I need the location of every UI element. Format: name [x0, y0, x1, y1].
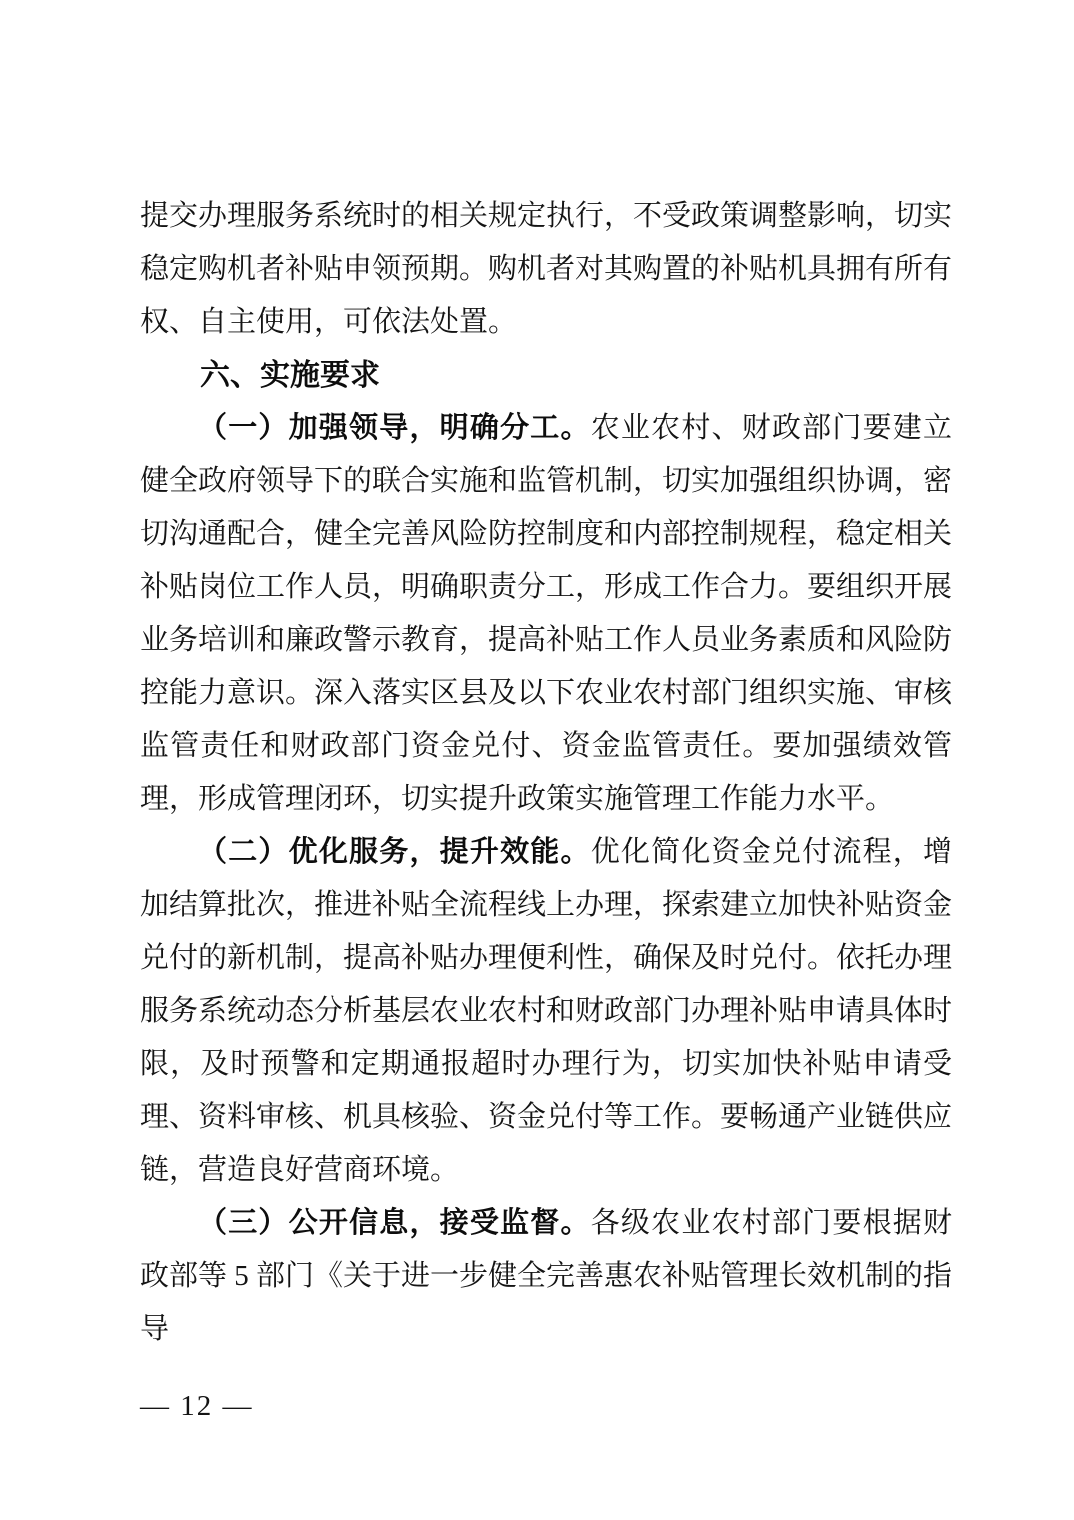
paragraph-1-lead: （一）加强领导，明确分工。 — [198, 412, 591, 444]
paragraph-item-2: （二）优化服务，提升效能。优化简化资金兑付流程，增加结算批次，推进补贴全流程线上… — [140, 826, 952, 1197]
paragraph-3-lead: （三）公开信息，接受监督。 — [198, 1207, 591, 1239]
paragraph-item-1: （一）加强领导，明确分工。农业农村、财政部门要建立健全政府领导下的联合实施和监管… — [140, 402, 952, 826]
document-body: 提交办理服务系统时的相关规定执行，不受政策调整影响，切实稳定购机者补贴申领预期。… — [140, 190, 952, 1356]
paragraph-item-3: （三）公开信息，接受监督。各级农业农村部门要根据财政部等 5 部门《关于进一步健… — [140, 1197, 952, 1356]
intro-paragraph: 提交办理服务系统时的相关规定执行，不受政策调整影响，切实稳定购机者补贴申领预期。… — [140, 190, 952, 349]
page-number: — 12 — — [140, 1386, 254, 1426]
paragraph-2-lead: （二）优化服务，提升效能。 — [198, 836, 591, 868]
document-page: 提交办理服务系统时的相关规定执行，不受政策调整影响，切实稳定购机者补贴申领预期。… — [0, 0, 1074, 1520]
paragraph-2-body: 优化简化资金兑付流程，增加结算批次，推进补贴全流程线上办理，探索建立加快补贴资金… — [140, 836, 952, 1186]
section-heading: 六、实施要求 — [140, 349, 952, 402]
paragraph-1-body: 农业农村、财政部门要建立健全政府领导下的联合实施和监管机制，切实加强组织协调，密… — [140, 412, 952, 815]
